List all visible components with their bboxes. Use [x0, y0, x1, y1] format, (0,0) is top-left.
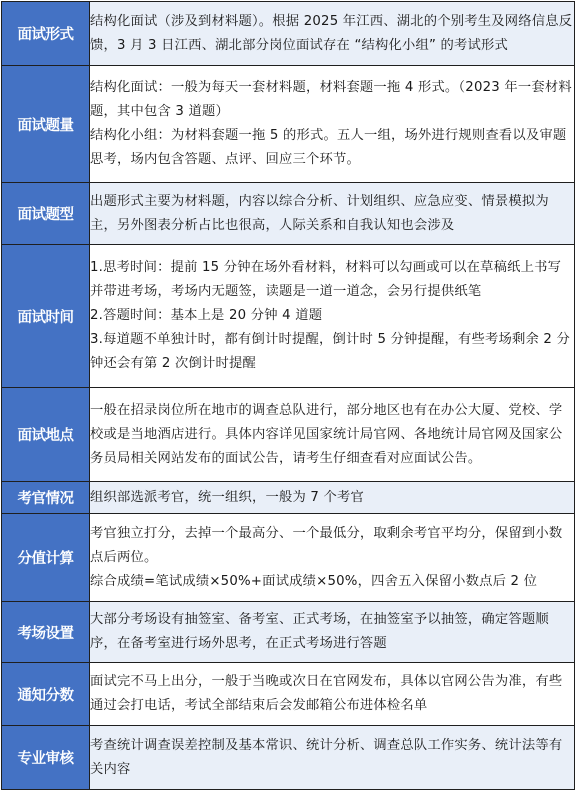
row-content: 考官独立打分，去掉一个最高分、一个最低分，取剩余考官平均分，保留到小数点后两位。… [90, 514, 575, 602]
content-paragraph: 组织部选派考官，统一组织，一般为 7 个考官 [90, 486, 574, 510]
content-paragraph: 2.答题时间：基本上是 20 分钟 4 道题 [90, 304, 574, 328]
content-paragraph: 结构化小组：为材料套题一拖 5 的形式。五人一组，场外进行规则查看以及审题思考，… [90, 124, 574, 172]
content-paragraph: 一般在招录岗位所在地市的调查总队进行，部分地区也有在办公大厦、党校、学校或是当地… [90, 399, 574, 471]
row-label: 面试题量 [2, 66, 90, 183]
content-paragraph: 3.每道题不单独计时，都有倒计时提醒，倒计时 5 分钟提醒，有些考场剩余 2 分… [90, 328, 574, 376]
content-paragraph: 考查统计调查误差控制及基本常识、统计分析、调查总队工作实务、统计法等有关内容 [90, 734, 574, 782]
row-content: 组织部选派考官，统一组织，一般为 7 个考官 [90, 482, 575, 514]
interview-info-table: 面试形式 结构化面试（涉及到材料题）。根据 2025 年江西、湖北的个别考生及网… [1, 1, 575, 790]
content-paragraph: 出题形式主要为材料题，内容以综合分析、计划组织、应急应变、情景模拟为主，另外图表… [90, 190, 574, 238]
table-row-room-setup: 考场设置 大部分考场设有抽签室、备考室、正式考场，在抽签室予以抽签，确定答题顺序… [2, 602, 575, 663]
content-paragraph: 综合成绩=笔试成绩×50%+面试成绩×50%，四舍五入保留小数点后 2 位 [90, 570, 574, 594]
row-label: 通知分数 [2, 663, 90, 726]
row-label: 分值计算 [2, 514, 90, 602]
table-row-question-type: 面试题型 出题形式主要为材料题，内容以综合分析、计划组织、应急应变、情景模拟为主… [2, 183, 575, 245]
content-paragraph: 大部分考场设有抽签室、备考室、正式考场，在抽签室予以抽签，确定答题顺序，在备考室… [90, 608, 574, 656]
row-content: 结构化面试（涉及到材料题）。根据 2025 年江西、湖北的个别考生及网络信息反馈… [90, 2, 575, 66]
content-paragraph: 结构化面试：一般为每天一套材料题，材料套题一拖 4 形式。（2023 年一套材料… [90, 76, 574, 124]
row-content: 一般在招录岗位所在地市的调查总队进行，部分地区也有在办公大厦、党校、学校或是当地… [90, 388, 575, 482]
row-content: 出题形式主要为材料题，内容以综合分析、计划组织、应急应变、情景模拟为主，另外图表… [90, 183, 575, 245]
table-row-format: 面试形式 结构化面试（涉及到材料题）。根据 2025 年江西、湖北的个别考生及网… [2, 2, 575, 66]
table-row-scoring: 分值计算 考官独立打分，去掉一个最高分、一个最低分，取剩余考官平均分，保留到小数… [2, 514, 575, 602]
row-label: 面试题型 [2, 183, 90, 245]
row-label: 面试形式 [2, 2, 90, 66]
table-row-score-notice: 通知分数 面试完不马上出分，一般于当晚或次日在官网发布，具体以官网公告为准，有些… [2, 663, 575, 726]
table-row-question-count: 面试题量 结构化面试：一般为每天一套材料题，材料套题一拖 4 形式。（2023 … [2, 66, 575, 183]
table-row-location: 面试地点 一般在招录岗位所在地市的调查总队进行，部分地区也有在办公大厦、党校、学… [2, 388, 575, 482]
content-paragraph: 1.思考时间：提前 15 分钟在场外看材料，材料可以勾画或可以在草稿纸上书写并带… [90, 256, 574, 304]
table-row-professional-review: 专业审核 考查统计调查误差控制及基本常识、统计分析、调查总队工作实务、统计法等有… [2, 726, 575, 790]
row-content: 考查统计调查误差控制及基本常识、统计分析、调查总队工作实务、统计法等有关内容 [90, 726, 575, 790]
row-label: 专业审核 [2, 726, 90, 790]
row-label: 面试地点 [2, 388, 90, 482]
row-content: 大部分考场设有抽签室、备考室、正式考场，在抽签室予以抽签，确定答题顺序，在备考室… [90, 602, 575, 663]
row-label: 考场设置 [2, 602, 90, 663]
table-row-time: 面试时间 1.思考时间：提前 15 分钟在场外看材料，材料可以勾画或可以在草稿纸… [2, 245, 575, 388]
content-paragraph: 考官独立打分，去掉一个最高分、一个最低分，取剩余考官平均分，保留到小数点后两位。 [90, 522, 574, 570]
row-content: 结构化面试：一般为每天一套材料题，材料套题一拖 4 形式。（2023 年一套材料… [90, 66, 575, 183]
row-label: 考官情况 [2, 482, 90, 514]
row-content: 面试完不马上出分，一般于当晚或次日在官网发布，具体以官网公告为准，有些通过会打电… [90, 663, 575, 726]
content-paragraph: 面试完不马上出分，一般于当晚或次日在官网发布，具体以官网公告为准，有些通过会打电… [90, 670, 574, 718]
row-content: 1.思考时间：提前 15 分钟在场外看材料，材料可以勾画或可以在草稿纸上书写并带… [90, 245, 575, 388]
row-label: 面试时间 [2, 245, 90, 388]
table-row-examiners: 考官情况 组织部选派考官，统一组织，一般为 7 个考官 [2, 482, 575, 514]
content-paragraph: 结构化面试（涉及到材料题）。根据 2025 年江西、湖北的个别考生及网络信息反馈… [90, 10, 574, 58]
